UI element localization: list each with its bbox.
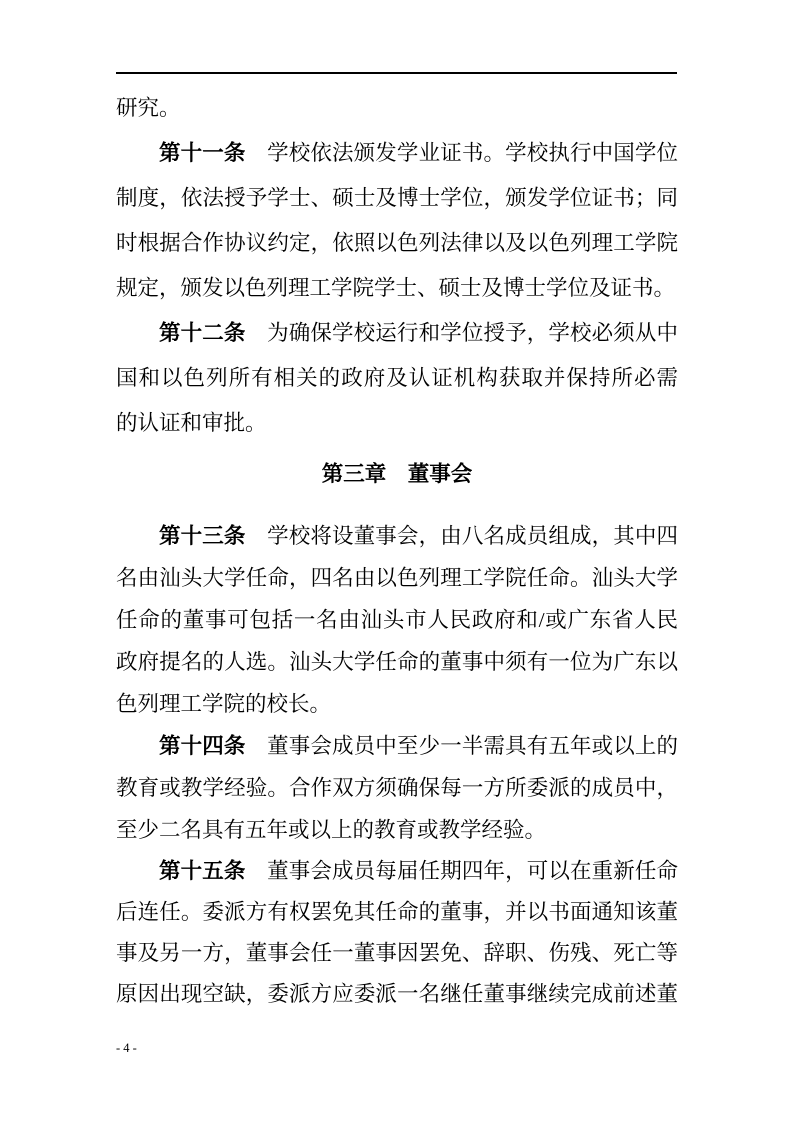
article-number: 第十五条 xyxy=(159,859,246,883)
paragraph-article-15: 第十五条 董事会成员每届任期四年，可以在重新任命后连任。委派方有权罢免其任命的董… xyxy=(116,851,678,1015)
article-number: 第十二条 xyxy=(159,321,246,345)
text-line: 教育或教学经验。合作双方须确保每一方所委派的成员中， xyxy=(116,767,678,809)
paragraph-article-13: 第十三条 学校将设董事会，由八名成员组成，其中四名由汕头大学任命，四名由以色列理… xyxy=(116,515,678,725)
article-number: 第十四条 xyxy=(159,734,246,758)
article-number: 第十三条 xyxy=(159,524,246,548)
text-line: 时根据合作协议约定，依照以色列法律以及以色列理工学院 xyxy=(116,221,678,266)
paragraph-article-14: 第十四条 董事会成员中至少一半需具有五年或以上的教育或教学经验。合作双方须确保每… xyxy=(116,725,678,851)
text-line: 至少二名具有五年或以上的教育或教学经验。 xyxy=(116,809,678,851)
text-line: 第十五条 董事会成员每届任期四年，可以在重新任命 xyxy=(116,851,678,892)
text-line: 后连任。委派方有权罢免其任命的董事，并以书面通知该董 xyxy=(116,892,678,933)
text-line: 第十二条 为确保学校运行和学位授予，学校必须从中 xyxy=(116,311,678,356)
page-number: - 4 - xyxy=(116,1040,137,1056)
text-line: 国和以色列所有相关的政府及认证机构获取并保持所必需 xyxy=(116,356,678,401)
text-line: 政府提名的人选。汕头大学任命的董事中须有一位为广东以 xyxy=(116,641,678,683)
text-line: 色列理工学院的校长。 xyxy=(116,683,678,725)
text-line: 的认证和审批。 xyxy=(116,401,678,446)
text-line: 原因出现空缺，委派方应委派一名继任董事继续完成前述董 xyxy=(116,974,678,1015)
text-line: 第十四条 董事会成员中至少一半需具有五年或以上的 xyxy=(116,725,678,767)
document-page: 研究。第十一条 学校依法颁发学业证书。学校执行中国学位制度，依法授予学士、硕士及… xyxy=(0,0,794,1123)
text-line: 第十三条 学校将设董事会，由八名成员组成，其中四 xyxy=(116,515,678,557)
document-body: 研究。第十一条 学校依法颁发学业证书。学校执行中国学位制度，依法授予学士、硕士及… xyxy=(116,86,678,1015)
text-line: 名由汕头大学任命，四名由以色列理工学院任命。汕头大学 xyxy=(116,557,678,599)
paragraph-article-12: 第十二条 为确保学校运行和学位授予，学校必须从中国和以色列所有相关的政府及认证机… xyxy=(116,311,678,446)
text-line: 事及另一方，董事会任一董事因罢免、辞职、伤残、死亡等 xyxy=(116,933,678,974)
paragraph-continuation: 研究。 xyxy=(116,86,678,131)
paragraph-article-11: 第十一条 学校依法颁发学业证书。学校执行中国学位制度，依法授予学士、硕士及博士学… xyxy=(116,131,678,311)
text-line: 第十一条 学校依法颁发学业证书。学校执行中国学位 xyxy=(116,131,678,176)
text-line: 规定，颁发以色列理工学院学士、硕士及博士学位及证书。 xyxy=(116,266,678,311)
text-line: 任命的董事可包括一名由汕头市人民政府和/或广东省人民 xyxy=(116,599,678,641)
article-number: 第十一条 xyxy=(159,141,246,165)
text-line: 制度，依法授予学士、硕士及博士学位，颁发学位证书；同 xyxy=(116,176,678,221)
header-rule xyxy=(116,72,677,74)
chapter-heading: 第三章 董事会 xyxy=(116,452,678,497)
text-line: 研究。 xyxy=(116,86,678,131)
